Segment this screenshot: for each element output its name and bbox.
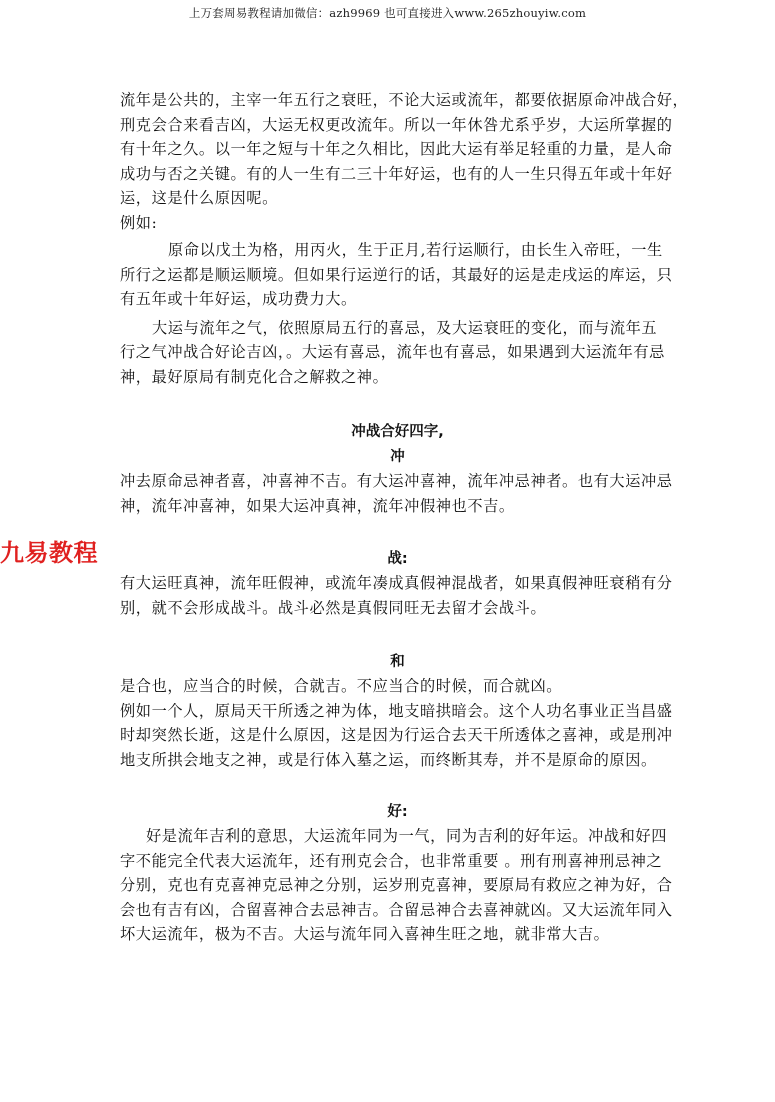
heading-hao: 好: xyxy=(120,800,675,824)
text-line: 地支所拱会地支之神，或是行体入墓之运，而终断其寿，并不是原命的原因。 xyxy=(120,748,675,773)
text-line: 有大运旺真神，流年旺假神，或流年凑成真假神混战者，如果真假神旺衰稍有分 xyxy=(120,571,675,596)
text-line: 有五年或十年好运，成功费力大。 xyxy=(120,287,675,312)
text-line: 字不能完全代表大运流年，还有刑克会合，也非常重要 。刑有刑喜神刑忌神之 xyxy=(120,849,675,874)
intro-paragraph: 流年是公共的，主宰一年五行之衰旺，不论大运或流年，都要依据原命冲战合好， 刑克会… xyxy=(120,88,675,235)
text-line: 原命以戊土为格，用丙火，生于正月,若行运顺行，由长生入帝旺，一生 xyxy=(120,238,675,263)
heading-zhan: 战: xyxy=(120,547,675,571)
text-line: 运，这是什么原因呢。 xyxy=(120,186,675,211)
watermark-logo: 九易教程 xyxy=(0,533,98,568)
text-line: 坏大运流年，极为不吉。大运与流年同入喜神生旺之地，就非常大吉。 xyxy=(120,922,675,947)
text-line: 有十年之久。以一年之短与十年之久相比，因此大运有举足轻重的力量，是人命 xyxy=(120,137,675,162)
text-line: 时却突然长逝，这是什么原因，这是因为行运合去天干所透体之喜神，或是刑冲 xyxy=(120,723,675,748)
text-line: 行之气冲战合好论吉凶，。大运有喜忌，流年也有喜忌，如果遇到大运流年有忌 xyxy=(120,340,675,365)
he-paragraph: 是合也，应当合的时候，合就吉。不应当合的时候，而合就凶。 例如一个人，原局天干所… xyxy=(120,674,675,772)
text-line: 例如一个人，原局天干所透之神为体，地支暗拱暗会。这个人功名事业正当昌盛 xyxy=(120,699,675,724)
header-banner: 上万套周易教程请加微信：azh9969 也可直接进入www.265zhouyiw… xyxy=(0,5,775,21)
text-line: 神，最好原局有制克化合之解救之神。 xyxy=(120,365,675,390)
section-title: 冲战合好四字, xyxy=(120,420,675,444)
qi-paragraph: 大运与流年之气，依照原局五行的喜忌，及大运衰旺的变化，而与流年五 行之气冲战合好… xyxy=(120,316,675,390)
heading-he: 和 xyxy=(120,650,675,674)
text-line: 大运与流年之气，依照原局五行的喜忌，及大运衰旺的变化，而与流年五 xyxy=(120,316,675,341)
text-line: 是合也，应当合的时候，合就吉。不应当合的时候，而合就凶。 xyxy=(120,674,675,699)
example-paragraph: 原命以戊土为格，用丙火，生于正月,若行运顺行，由长生入帝旺，一生 所行之运都是顺… xyxy=(120,238,675,312)
text-line: 好是流年吉利的意思，大运流年同为一气，同为吉利的好年运。冲战和好四 xyxy=(120,824,675,849)
document-page: 流年是公共的，主宰一年五行之衰旺，不论大运或流年，都要依据原命冲战合好， 刑克会… xyxy=(120,88,675,947)
text-line: 神，流年冲喜神，如果大运冲真神，流年冲假神也不吉。 xyxy=(120,494,675,519)
text-line: 所行之运都是顺运顺境。但如果行运逆行的话，其最好的运是走戌运的库运，只 xyxy=(120,263,675,288)
text-line: 流年是公共的，主宰一年五行之衰旺，不论大运或流年，都要依据原命冲战合好， xyxy=(120,88,675,113)
chong-paragraph: 冲去原命忌神者喜，冲喜神不吉。有大运冲喜神，流年冲忌神者。也有大运冲忌 神，流年… xyxy=(120,469,675,518)
text-line: 刑克会合来看吉凶，大运无权更改流年。所以一年休咎尤系乎岁，大运所掌握的 xyxy=(120,113,675,138)
hao-paragraph: 好是流年吉利的意思，大运流年同为一气，同为吉利的好年运。冲战和好四 字不能完全代… xyxy=(120,824,675,947)
text-line: 会也有吉有凶，合留喜神合去忌神吉。合留忌神合去喜神就凶。又大运流年同入 xyxy=(120,898,675,923)
text-line: 分别，克也有克喜神克忌神之分别，运岁刑克喜神，要原局有救应之神为好，合 xyxy=(120,873,675,898)
example-label: 例如: xyxy=(120,211,675,236)
heading-chong: 冲 xyxy=(120,445,675,469)
text-line: 冲去原命忌神者喜，冲喜神不吉。有大运冲喜神，流年冲忌神者。也有大运冲忌 xyxy=(120,469,675,494)
text-line: 别，就不会形成战斗。战斗必然是真假同旺无去留才会战斗。 xyxy=(120,596,675,621)
zhan-paragraph: 有大运旺真神，流年旺假神，或流年凑成真假神混战者，如果真假神旺衰稍有分 别，就不… xyxy=(120,571,675,620)
text-line: 成功与否之关键。有的人一生有二三十年好运，也有的人一生只得五年或十年好 xyxy=(120,162,675,187)
